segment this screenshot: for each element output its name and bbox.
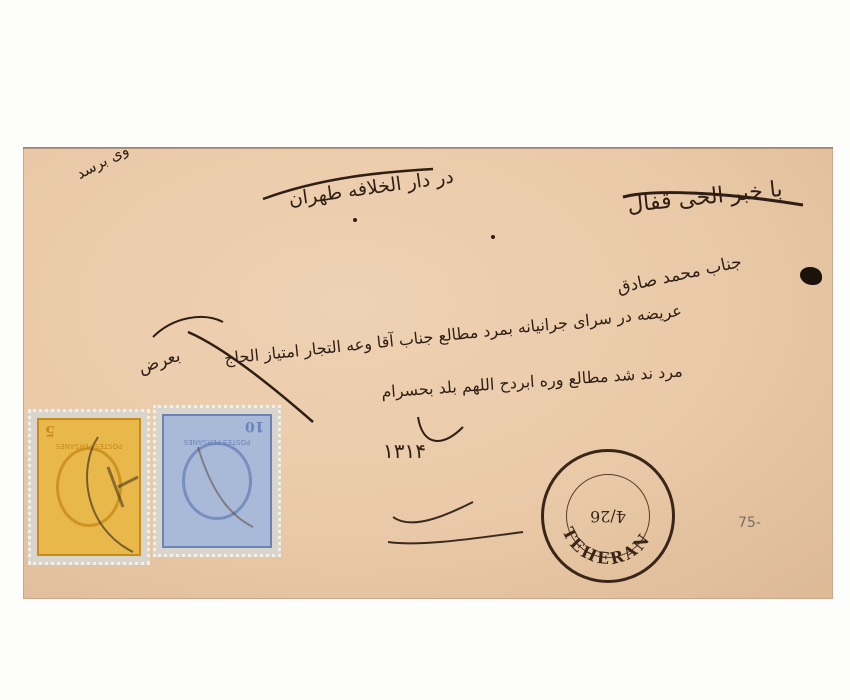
stamp-value: 10 (245, 418, 264, 434)
postmark-date: 4/26 (590, 508, 626, 524)
address-name-line: جناب محمد صادق (615, 252, 743, 298)
address-city-line: در دار الخلافه طهران (287, 166, 455, 211)
address-lower-line: مرد ند شد مطالع وره ابردح اللهم بلد بحسر… (381, 361, 683, 401)
envelope: وی برسد در دار الخلافه طهران با خبر الحی… (23, 147, 833, 599)
ink-blot (800, 267, 822, 285)
svg-text:TEHERAN: TEHERAN (558, 524, 654, 568)
teheran-postmark: TEHERAN 4/26 (541, 449, 675, 583)
address-left-line: بعرض (136, 346, 183, 378)
address-main-line: عریضه در سرای جرانیانه بمرد مطالع جناب آ… (223, 301, 682, 368)
lion-emblem-icon (56, 447, 122, 527)
year-text: ۱۳۱۴ (383, 439, 426, 463)
stamp-value: 5 (45, 422, 55, 438)
stamp-design: 10 POSTES PERSANES (162, 414, 272, 548)
blue-stamp: 10 POSTES PERSANES (153, 405, 281, 557)
lion-emblem-icon (182, 442, 252, 520)
pencil-price-note: 75- (738, 515, 761, 531)
address-recipient-line: با خبر الحی قفال (626, 177, 784, 218)
address-top-left: وی برسد (73, 140, 131, 182)
stamp-design: 5 POSTES PERSANES (37, 418, 141, 556)
yellow-stamp: 5 POSTES PERSANES (28, 409, 150, 565)
